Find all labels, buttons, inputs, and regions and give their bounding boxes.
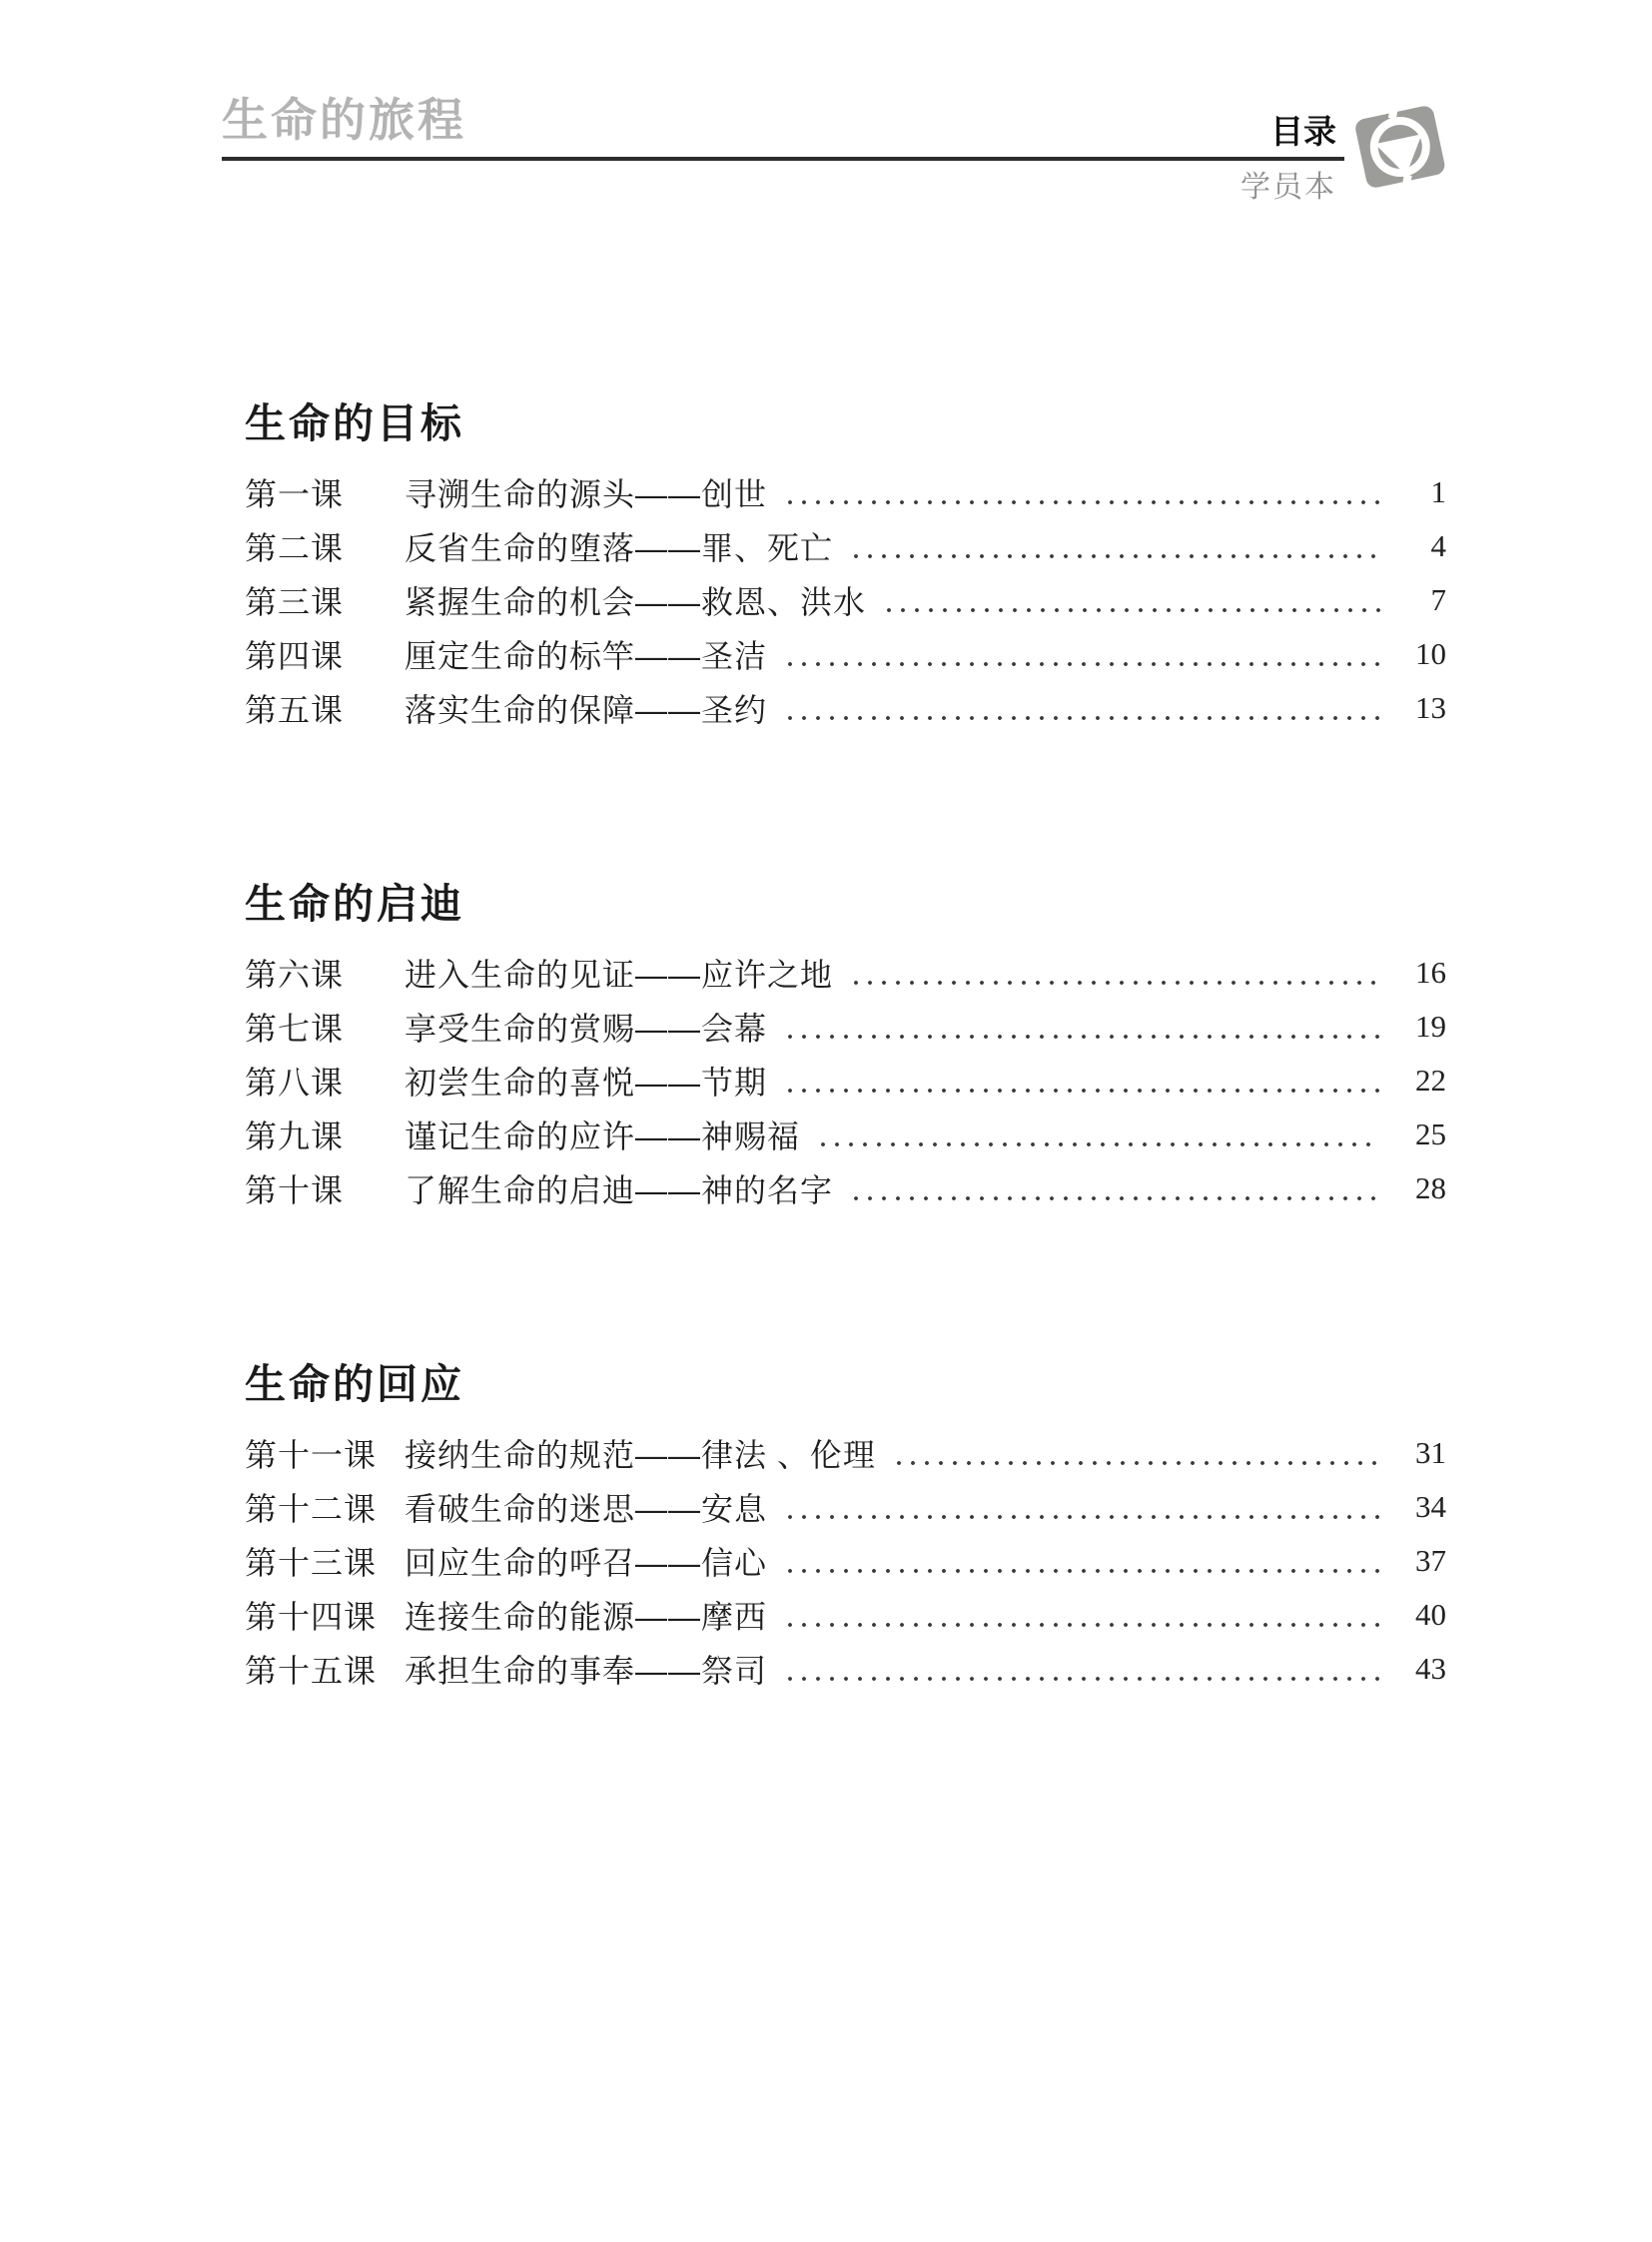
page-number: 1 — [1390, 474, 1446, 510]
toc-row: 第四课 厘定生命的标竿——圣洁 10 — [245, 627, 1446, 681]
page-number: 31 — [1390, 1435, 1446, 1471]
lesson-number: 第七课 — [245, 1004, 405, 1050]
lesson-number: 第一课 — [245, 469, 405, 515]
toc-row: 第九课 谨记生命的应许——神赐福 25 — [245, 1108, 1446, 1161]
toc-section: 生命的目标 第一课 寻溯生命的源头——创世 1 第二课 反省生命的堕落——罪、死… — [245, 399, 1446, 735]
dot-leader — [783, 1534, 1380, 1588]
page-number: 13 — [1390, 690, 1446, 726]
lesson-number: 第九课 — [245, 1112, 405, 1157]
lesson-title: 寻溯生命的源头——创世 — [405, 469, 767, 515]
section-title: 生命的回应 — [245, 1360, 1446, 1408]
lesson-number: 第五课 — [245, 685, 405, 731]
section-items: 第六课 进入生命的见证——应许之地 16 第七课 享受生命的赏赐——会幕 19 … — [245, 946, 1446, 1215]
page-number: 16 — [1390, 955, 1446, 991]
page-number: 34 — [1390, 1489, 1446, 1525]
lesson-title: 享受生命的赏赐——会幕 — [405, 1004, 767, 1050]
lesson-number: 第六课 — [245, 950, 405, 996]
dot-leader — [783, 465, 1380, 519]
lesson-number: 第三课 — [245, 577, 405, 623]
dot-leader — [783, 1000, 1380, 1054]
toc-row: 第十三课 回应生命的呼召——信心 37 — [245, 1534, 1446, 1588]
dot-leader — [849, 946, 1380, 1000]
page-number: 22 — [1390, 1063, 1446, 1099]
dot-leader — [783, 1588, 1380, 1642]
toc-row: 第十四课 连接生命的能源——摩西 40 — [245, 1588, 1446, 1642]
dot-leader — [783, 1054, 1380, 1108]
page-number: 43 — [1390, 1651, 1446, 1687]
page-number: 7 — [1390, 582, 1446, 618]
toc-row: 第八课 初尝生命的喜悦——节期 22 — [245, 1054, 1446, 1108]
section-items: 第十一课 接纳生命的规范——律法 、伦理 31 第十二课 看破生命的迷思——安息… — [245, 1426, 1446, 1696]
page-number: 25 — [1390, 1117, 1446, 1152]
toc-section: 生命的回应 第十一课 接纳生命的规范——律法 、伦理 31 第十二课 看破生命的… — [245, 1360, 1446, 1696]
lesson-number: 第十五课 — [245, 1646, 405, 1692]
lesson-title: 看破生命的迷思——安息 — [405, 1484, 767, 1530]
section-title: 生命的启迪 — [245, 880, 1446, 928]
lesson-title: 了解生命的启迪——神的名字 — [405, 1165, 833, 1211]
dot-leader — [783, 627, 1380, 681]
lesson-number: 第八课 — [245, 1058, 405, 1104]
lesson-title: 紧握生命的机会——救恩、洪水 — [405, 577, 866, 623]
toc-row: 第十课 了解生命的启迪——神的名字 28 — [245, 1161, 1446, 1215]
lesson-number: 第十四课 — [245, 1592, 405, 1638]
toc-row: 第六课 进入生命的见证——应许之地 16 — [245, 946, 1446, 1000]
lesson-number: 第二课 — [245, 523, 405, 569]
lesson-number: 第十三课 — [245, 1538, 405, 1584]
lesson-title: 落实生命的保障——圣约 — [405, 685, 767, 731]
lesson-title: 回应生命的呼召——信心 — [405, 1538, 767, 1584]
toc-row: 第二课 反省生命的堕落——罪、死亡 4 — [245, 519, 1446, 573]
page-number: 40 — [1390, 1597, 1446, 1633]
lesson-title: 进入生命的见证——应许之地 — [405, 950, 833, 996]
lesson-title: 谨记生命的应许——神赐福 — [405, 1112, 800, 1157]
toc-row: 第一课 寻溯生命的源头——创世 1 — [245, 465, 1446, 519]
dot-leader — [783, 1480, 1380, 1534]
section-title: 生命的目标 — [245, 399, 1446, 447]
lesson-number: 第十课 — [245, 1165, 405, 1211]
edition-label: 学员本 — [1240, 170, 1336, 206]
toc-section: 生命的启迪 第六课 进入生命的见证——应许之地 16 第七课 享受生命的赏赐——… — [245, 880, 1446, 1215]
lesson-number: 第十二课 — [245, 1484, 405, 1530]
toc-sections: 生命的目标 第一课 寻溯生命的源头——创世 1 第二课 反省生命的堕落——罪、死… — [245, 399, 1446, 1696]
lesson-title: 连接生命的能源——摩西 — [405, 1592, 767, 1638]
toc-row: 第七课 享受生命的赏赐——会幕 19 — [245, 1000, 1446, 1054]
lesson-title: 接纳生命的规范——律法 、伦理 — [405, 1430, 876, 1476]
lesson-title: 反省生命的堕落——罪、死亡 — [405, 523, 833, 569]
lesson-number: 第四课 — [245, 631, 405, 677]
page-number: 19 — [1390, 1009, 1446, 1045]
dot-leader — [783, 681, 1380, 735]
page-number: 10 — [1390, 636, 1446, 672]
dot-leader — [849, 519, 1380, 573]
toc-row: 第五课 落实生命的保障——圣约 13 — [245, 681, 1446, 735]
page-number: 37 — [1390, 1543, 1446, 1579]
page-number: 4 — [1390, 528, 1446, 564]
section-items: 第一课 寻溯生命的源头——创世 1 第二课 反省生命的堕落——罪、死亡 4 第三… — [245, 465, 1446, 735]
lesson-number: 第十一课 — [245, 1430, 405, 1476]
header-divider-rule — [222, 157, 1344, 161]
dot-leader — [783, 1642, 1380, 1696]
lesson-title: 厘定生命的标竿——圣洁 — [405, 631, 767, 677]
dot-leader — [892, 1426, 1380, 1480]
dot-leader — [816, 1108, 1380, 1161]
page-title-toc: 目录 — [1270, 112, 1336, 152]
lesson-title: 初尝生命的喜悦——节期 — [405, 1058, 767, 1104]
brand-emblem-icon — [1348, 98, 1452, 203]
toc-row: 第三课 紧握生命的机会——救恩、洪水 7 — [245, 573, 1446, 627]
toc-row: 第十五课 承担生命的事奉——祭司 43 — [245, 1642, 1446, 1696]
toc-row: 第十二课 看破生命的迷思——安息 34 — [245, 1480, 1446, 1534]
toc-row: 第十一课 接纳生命的规范——律法 、伦理 31 — [245, 1426, 1446, 1480]
dot-leader — [849, 1161, 1380, 1215]
book-logo: 生命的旅程 — [222, 98, 466, 144]
page-number: 28 — [1390, 1170, 1446, 1206]
dot-leader — [882, 573, 1380, 627]
lesson-title: 承担生命的事奉——祭司 — [405, 1646, 767, 1692]
